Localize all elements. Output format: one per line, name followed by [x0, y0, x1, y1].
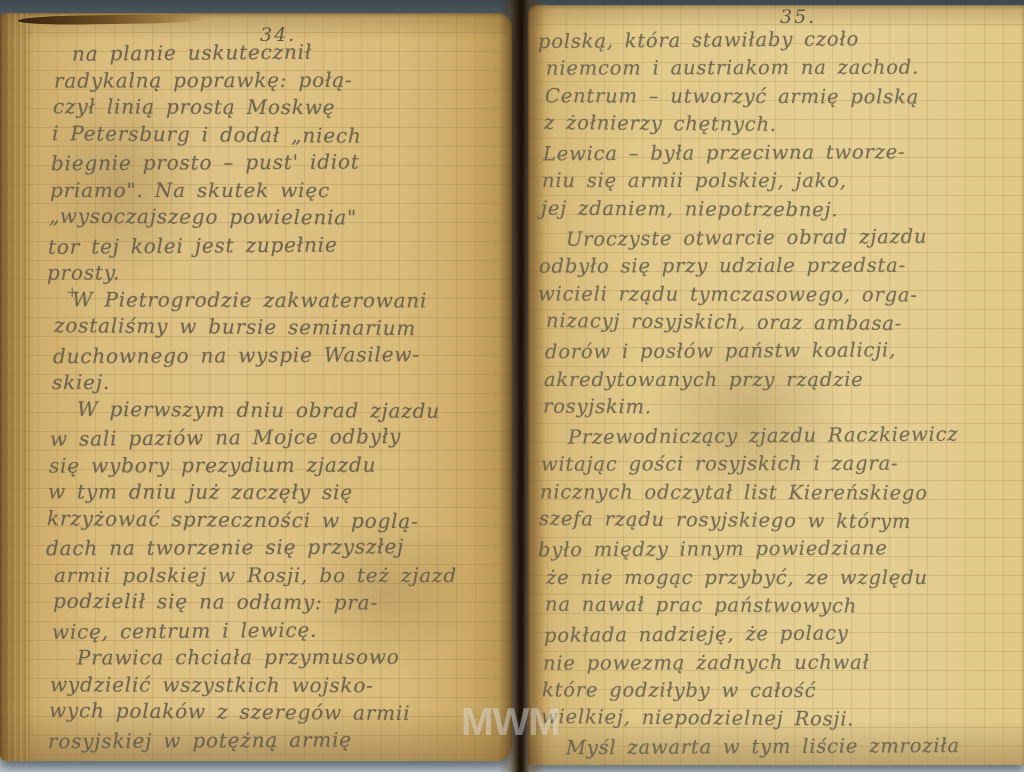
handwriting-line: rosyjskiej w potężną armię — [48, 725, 505, 755]
handwriting-line: akredytowanych przy rządzie — [544, 366, 1024, 394]
handwriting-line: Uroczyste otwarcie obrad zjazdu — [540, 222, 1024, 254]
handwriting-line: dach na tworzenie się przyszłej — [46, 533, 505, 563]
handwriting-line: wydzielić wszystkich wojsko- — [50, 671, 505, 700]
handwriting-line: Myśl zawarta w tym liście zmroziła — [540, 732, 1024, 763]
page-34-text: na planie uskuteczniłradykalną poprawkę:… — [50, 39, 505, 754]
notebook-left-page: 34. + na planie uskuteczniłradykalną pop… — [0, 13, 512, 761]
notebook-scan: 34. + na planie uskuteczniłradykalną pop… — [0, 0, 1024, 772]
page-number: 35. — [780, 6, 816, 28]
handwriting-line: witając gości rosyjskich i zagra- — [541, 450, 1024, 480]
handwriting-line: skiej. — [52, 369, 505, 397]
handwriting-line: jej zdaniem, niepotrzebnej. — [541, 194, 1024, 225]
handwriting-line: armii polskiej w Rosji, bo też zjazd — [54, 562, 505, 590]
binding-gutter — [498, 0, 546, 772]
cover-edge-smudge — [18, 14, 208, 26]
handwriting-line: polską, która stawiłaby czoło — [538, 24, 1024, 56]
handwriting-line: priamo". Na skutek więc — [50, 177, 505, 205]
handwriting-line: krzyżować sprzeczności w poglą- — [47, 505, 505, 536]
handwriting-line: na planie uskutecznił — [46, 37, 505, 68]
handwriting-line: nicznych odczytał list Kiereńskiego — [540, 478, 1024, 508]
handwriting-line: które godziłyby w całość — [542, 676, 1024, 706]
page-35-text: polską, która stawiłaby czołoniemcom i a… — [542, 26, 1024, 762]
handwriting-line: prosty. — [47, 258, 505, 287]
handwriting-line: wicę, centrum i lewicę. — [52, 615, 505, 646]
handwriting-line: pokłada nadzieję, że polacy — [544, 618, 1024, 650]
handwriting-line: biegnie prosto – pust' idiot — [51, 148, 505, 178]
handwriting-line: nizacyj rosyjskich, oraz ambasa- — [546, 307, 1024, 339]
handwriting-line: niemcom i austriakom na zachod. — [546, 54, 1024, 84]
handwriting-line: W pierwszym dniu obrad zjazdu — [51, 395, 505, 425]
handwriting-line: W Pietrogrodzie zakwaterowani — [46, 286, 505, 315]
handwriting-line: wicieli rządu tymczasowego, orga- — [538, 280, 1024, 310]
handwriting-line: dorów i posłów państw koalicji, — [545, 336, 1024, 367]
handwriting-line: Lewica – była przeciwna tworze- — [543, 138, 1024, 169]
handwriting-line: w tym dniu już zaczęły się — [48, 478, 505, 507]
handwriting-line: na nawał prac państwowych — [545, 591, 1024, 622]
handwriting-line: nie powezmą żadnych uchwał — [543, 648, 1024, 678]
notebook-right-page: 35. polską, która stawiłaby czołoniemcom… — [528, 5, 1024, 765]
handwriting-line: się wybory prezydium zjazdu — [49, 451, 505, 480]
handwriting-line: wych polaków z szeregów armii — [49, 697, 505, 728]
handwriting-line: radykalną poprawkę: połą- — [54, 66, 505, 95]
watermark: MWM — [461, 701, 560, 745]
handwriting-line: Przewodniczący zjazdu Raczkiewicz — [542, 420, 1024, 452]
handwriting-line: z żołnierzy chętnych. — [544, 109, 1024, 141]
handwriting-line: w sali paziów na Mojce odbyły — [50, 422, 505, 453]
handwriting-line: że nie mogąc przybyć, ze względu — [546, 564, 1024, 592]
handwriting-line: odbyło się przy udziale przedsta- — [539, 252, 1024, 282]
handwriting-line: zostaliśmy w bursie seminarium — [54, 312, 505, 343]
handwriting-line: podzielił się na odłamy: pra- — [53, 588, 505, 618]
handwriting-line: i Petersburg i dodał „niech — [52, 120, 505, 151]
handwriting-line: było między innym powiedziane — [538, 534, 1024, 565]
handwriting-line: czył linią prostą Moskwę — [53, 93, 505, 122]
handwriting-line: tor tej kolei jest zupełnie — [48, 230, 505, 261]
handwriting-line: Prawica chciała przymusowo — [51, 643, 505, 672]
handwriting-line: Centrum – utworzyć armię polską — [545, 82, 1024, 112]
page-edge-stack — [0, 13, 30, 761]
handwriting-line: duchownego na wyspie Wasilew- — [53, 340, 505, 370]
handwriting-line: rosyjskim. — [543, 393, 1024, 424]
handwriting-line: „wysoczajszego powielenia" — [49, 203, 505, 233]
handwriting-line: szefa rządu rosyjskiego w którym — [539, 505, 1024, 537]
handwriting-line: wielkiej, niepodzielnej Rosji. — [541, 703, 1024, 735]
handwriting-line: niu się armii polskiej, jako, — [542, 167, 1024, 195]
